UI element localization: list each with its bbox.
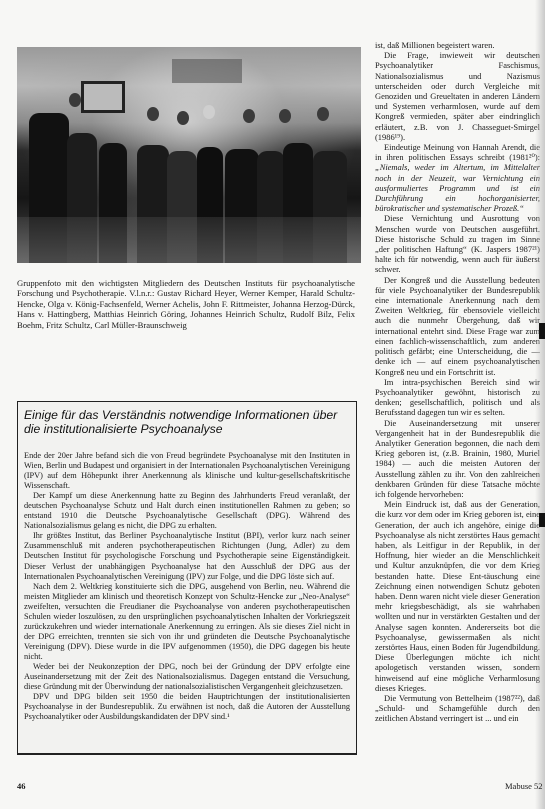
- body-paragraph: Diese Vernichtung und Ausrottung von Men…: [375, 213, 540, 274]
- body-paragraph: Die Auseinandersetzung mit unserer Verga…: [375, 418, 540, 500]
- info-paragraph: Nach dem 2. Weltkrieg konstituierte sich…: [24, 582, 350, 662]
- body-paragraph: ist, daß Millionen begeistert waren.: [375, 40, 540, 50]
- wall-banner: [172, 59, 242, 83]
- person-head: [317, 107, 329, 121]
- person-head: [203, 105, 215, 119]
- info-paragraph: Der Kampf um diese Anerkennung hatte zu …: [24, 491, 350, 531]
- person-head: [279, 109, 291, 123]
- person-head: [177, 111, 189, 125]
- photo-floor: [17, 217, 361, 263]
- info-box: Einige für das Verständnis notwendige In…: [17, 401, 357, 755]
- body-paragraph: Die Frage, inwieweit wir deutschen Psych…: [375, 50, 540, 142]
- person-head: [69, 93, 81, 107]
- body-paragraph: Mein Eindruck ist, daß aus der Generatio…: [375, 499, 540, 693]
- info-box-title: Einige für das Verständnis notwendige In…: [24, 408, 354, 436]
- info-paragraph: Ende der 20er Jahre befand sich die von …: [24, 451, 350, 491]
- scan-edge-mark: [539, 323, 545, 339]
- body-paragraph: Der Kongreß und die Ausstellung bedeuten…: [375, 275, 540, 377]
- group-photo: [17, 47, 361, 263]
- page-number: 46: [17, 781, 26, 791]
- wall-picture-frame: [81, 81, 125, 113]
- document-page: Gruppenfoto mit den wichtigsten Mitglied…: [0, 0, 545, 809]
- info-box-body: Ende der 20er Jahre befand sich die von …: [24, 451, 350, 722]
- body-paragraph-with-quote: Eindeutige Meinung von Hannah Arendt, di…: [375, 142, 540, 213]
- body-paragraph: Die Vermutung von Bettelheim (1987²²), d…: [375, 693, 540, 724]
- paragraph-lead: Eindeutige Meinung von Hannah Arendt, di…: [375, 142, 540, 162]
- body-paragraph: Im intra-psychischen Bereich sind wir Ps…: [375, 377, 540, 418]
- arendt-quote: „Niemals, weder im Altertum, im Mittelal…: [375, 162, 540, 213]
- info-paragraph: Ihr größtes Institut, das Berliner Psych…: [24, 531, 350, 581]
- info-paragraph: DPV und DPG bilden seit 1950 die beiden …: [24, 692, 350, 722]
- photo-caption: Gruppenfoto mit den wichtigsten Mitglied…: [17, 278, 355, 330]
- scan-edge-mark: [539, 513, 545, 527]
- right-text-column: ist, daß Millionen begeistert waren. Die…: [375, 40, 540, 724]
- person-head: [147, 107, 159, 121]
- journal-name: Mabuse 52: [505, 781, 543, 791]
- info-paragraph: Weder bei der Neukonzeption der DPG, noc…: [24, 662, 350, 692]
- scan-edge-shadow: [535, 0, 545, 809]
- person-head: [243, 109, 255, 123]
